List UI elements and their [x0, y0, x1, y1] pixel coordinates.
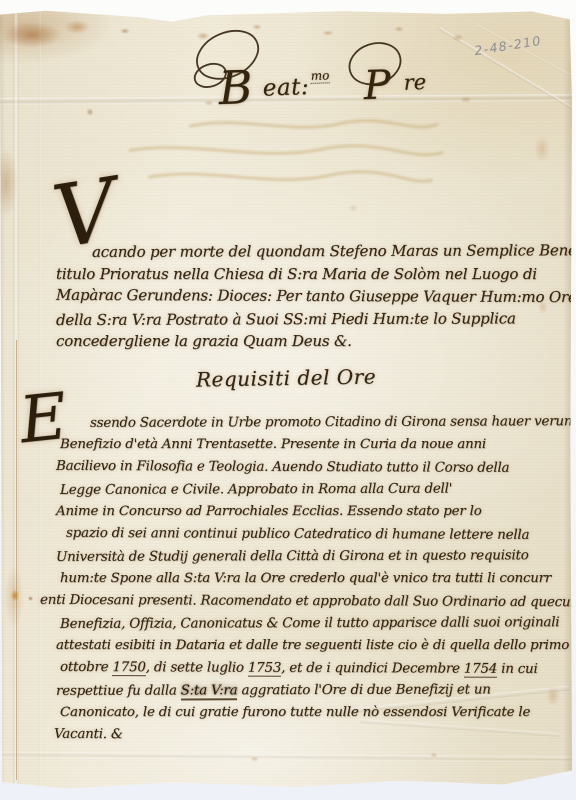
line-text: aggratiato l'Ore di due Benefizij et un — [237, 683, 490, 699]
underlined-date: 1750 — [112, 660, 145, 676]
flourished-initial-b: B — [191, 26, 264, 110]
emphasized-text: S:ta V:ra — [181, 683, 238, 700]
verso-bleedthrough-writing — [69, 105, 461, 207]
manuscript-line: Mapàrac Gerundens: Dioces: Per tanto Giu… — [56, 284, 576, 309]
manuscript-line-dates: ottobre 1750, di sette luglio 1753, et d… — [60, 657, 576, 682]
stain — [460, 96, 472, 103]
manuscript-line: concedergliene la grazia Quam Deus &. — [56, 330, 576, 353]
manuscript-line: Legge Canonica e Civile. Approbato in Ro… — [60, 478, 576, 502]
initial-letter: B — [218, 64, 253, 111]
horizontal-fold-crease — [0, 752, 572, 763]
stain — [120, 28, 130, 34]
underlined-date: 1754 — [464, 661, 497, 677]
manuscript-line: spazio di sei anni continui publico Cate… — [66, 523, 576, 548]
stain — [28, 596, 33, 601]
manuscript-line-grace: respettiue fu dalla S:ta V:ra aggratiato… — [56, 679, 576, 703]
petition-paragraph: acando per morte del quondam Stefeno Mar… — [56, 240, 576, 353]
line-text: respettiue fu dalla — [56, 684, 181, 699]
manuscript-line: della S:ra V:ra Postrato à Suoi SS:mi Pi… — [56, 307, 576, 331]
manuscript-line: Università de Studij generali della Citt… — [56, 545, 576, 569]
stain — [11, 590, 19, 601]
stain — [250, 756, 259, 762]
line-text: in cui — [497, 662, 538, 677]
manuscript-line: titulo Prioratus nella Chiesa di S:ra Ma… — [56, 263, 576, 286]
requisiti-paragraph: ssendo Sacerdote in Urbe promoto Citadin… — [44, 412, 576, 747]
archival-number: 2-48-210 — [473, 33, 542, 58]
manuscript-line: Vacanti. & — [54, 724, 576, 749]
manuscript-line: acando per morte del quondam Stefeno Mar… — [92, 239, 576, 263]
stain — [430, 752, 438, 758]
stain — [348, 204, 358, 212]
initial-letter: P — [363, 65, 391, 106]
manuscript-line: enti Diocesani presenti. Racomendato et … — [40, 590, 576, 615]
stain — [64, 20, 90, 34]
stain — [2, 22, 62, 48]
manuscript-line: attestati esibiti in Dataria et dalle tr… — [56, 635, 576, 657]
underlined-date: 1753 — [248, 660, 281, 676]
vertical-fold-line — [16, 340, 17, 780]
manuscript-line: Bacilievo in Filosofia e Teologia. Auend… — [56, 456, 576, 481]
line-text: , di sette luglio — [146, 660, 248, 675]
manuscript-page: 2-48-210 B eat: mo P re V acando per — [0, 10, 572, 790]
salutation-superscript: mo — [310, 68, 329, 84]
manuscript-line: Anime in Concurso ad Parrochiales Ecclia… — [56, 501, 576, 523]
salutation-text: eat: — [262, 74, 309, 102]
line-text: ottobre — [60, 660, 113, 675]
manuscript-line: ssendo Sacerdote in Urbe promoto Citadin… — [90, 411, 576, 435]
stain — [0, 148, 18, 218]
paper-edge-shadow — [0, 10, 5, 790]
stain — [534, 136, 550, 162]
salutation: B eat: mo P re — [191, 20, 427, 110]
stain — [452, 34, 464, 41]
salutation-text: re — [403, 70, 426, 95]
stain — [4, 566, 24, 628]
line-text: , et de i quindici Decembre — [281, 661, 464, 677]
manuscript-line: Benefizio d'età Anni Trentasette. Presen… — [60, 434, 576, 456]
manuscript-line: Canonicato, le di cui gratie furono tutt… — [60, 702, 576, 724]
flourished-initial-p: P — [344, 37, 404, 105]
manuscript-line: Benefizia, Offizia, Canonicatus & Come i… — [60, 612, 576, 636]
section-heading: Requisiti del Ore — [0, 361, 572, 395]
manuscript-line: hum:te Spone alla S:ta V:ra la Ore crede… — [60, 568, 576, 590]
